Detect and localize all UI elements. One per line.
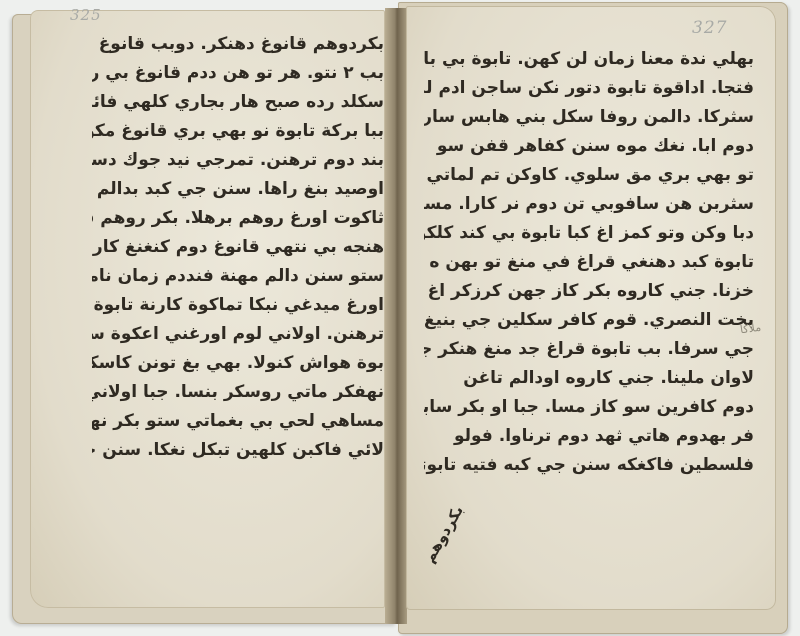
- book-gutter: [385, 8, 407, 624]
- text-line: ترهنن. اولاني لوم اورغني اعكوة سرتا جي: [92, 320, 384, 349]
- text-line: تابوة كبد دهنغي قراغ في منغ تو بهن ه: [424, 248, 754, 277]
- text-line: دبا وكن وتو كمز اغ كبا تابوة بي كند كلكو…: [424, 219, 754, 248]
- left-page-text: بكردوهم قانوغ دهنكر. دوبب قانوغ بنيغ بهث…: [92, 30, 384, 465]
- text-line: مساهي لحي بي بغماتي ستو بكر نهنا. جبا او…: [92, 407, 384, 436]
- manuscript-spread: 325 327 بكردوهم قانوغ دهنكر. دوبب قانوغ …: [0, 0, 800, 636]
- text-line: ثاكوت اورغ روهم برهلا. بكر روهم قانوغ: [92, 204, 384, 233]
- text-line: جي سرفا. بب تابوة قراغ جد منغ هنكر جي: [424, 335, 754, 364]
- text-line: بهلي ندة معنا زمان لن كهن. تابوة بي بامو…: [424, 45, 754, 74]
- text-line: لائي فاكبن كلهين تبكل نغكا. سنن جي كبد ت…: [92, 436, 384, 465]
- text-line: لاوان ملينا. جني كاروه اودالم تاغن: [424, 364, 754, 393]
- text-line: هنجه بي نتهي قانوغ دوم كنغنغ كارنا اها.: [92, 233, 384, 262]
- text-line: سكلد رده صبح هار بجاري كلهي فائد سبوا.: [92, 88, 384, 117]
- text-line: فتجا. اداقوة تابوة دتور نكن ساجن ادم لم …: [424, 74, 754, 103]
- text-line: بخت النصري. قوم كافر سكلين جي بنيغ كهن: [424, 306, 754, 335]
- text-line: بكردوهم قانوغ دهنكر. دوبب قانوغ بنيغ بهث…: [92, 30, 384, 59]
- right-page-text: بهلي ندة معنا زمان لن كهن. تابوة بي بامو…: [424, 45, 754, 480]
- text-line: فلسطين فاكغكه سنن جي كبه فتيه تابوتا.: [424, 451, 754, 480]
- text-line: ستو سنن دالم مهنة فنددم زمان نامسا: [92, 262, 384, 291]
- text-line: دوم ابا. نغك موه سنن كفاهر قفن سو: [424, 132, 754, 161]
- text-line: دوم كافرين سو كاز مسا. جبا او بكر سابد: [424, 393, 754, 422]
- text-line: اوصيد بنغ راها. سنن جي كبد بدالم ميد ة ك: [92, 175, 384, 204]
- text-line: نهفكر ماتي روسكر بنسا. جبا اولاني ممثا: [92, 378, 384, 407]
- text-line: بوة هواش كنولا. بهي بغ تونن كاسكت لبهرهه: [92, 349, 384, 378]
- text-line: بب ٢ نتو. هر تو هن ددم قانوغ بي رو سكر ب…: [92, 59, 384, 88]
- left-folio-number: 325: [70, 6, 102, 24]
- right-folio-number: 327: [692, 18, 727, 38]
- text-line: خزنا. جني كاروه بكر كاز جهن كرزكر اغ كاث…: [424, 277, 754, 306]
- text-line: سثربن هن سافوبي تن دوم نر كارا. مسا: [424, 190, 754, 219]
- text-line: تو بهي بري مق سلوي. كاوكن تم لماتي داة: [424, 161, 754, 190]
- text-line: فر بهدوم هاتي ثهد دوم ترناوا. فولو: [424, 422, 754, 451]
- text-line: سثركا. دالمن روفا سكل بني هابس ساربي ه: [424, 103, 754, 132]
- text-line: بند دوم ترهنن. تمرجي نيد جوك دستن جبا: [92, 146, 384, 175]
- text-line: ببا بركة تابوة نو بهي بري قانوغ مكولد ب: [92, 117, 384, 146]
- text-line: اورغ ميدغي نبكا تماكوة كارنة تابوة ستن: [92, 291, 384, 320]
